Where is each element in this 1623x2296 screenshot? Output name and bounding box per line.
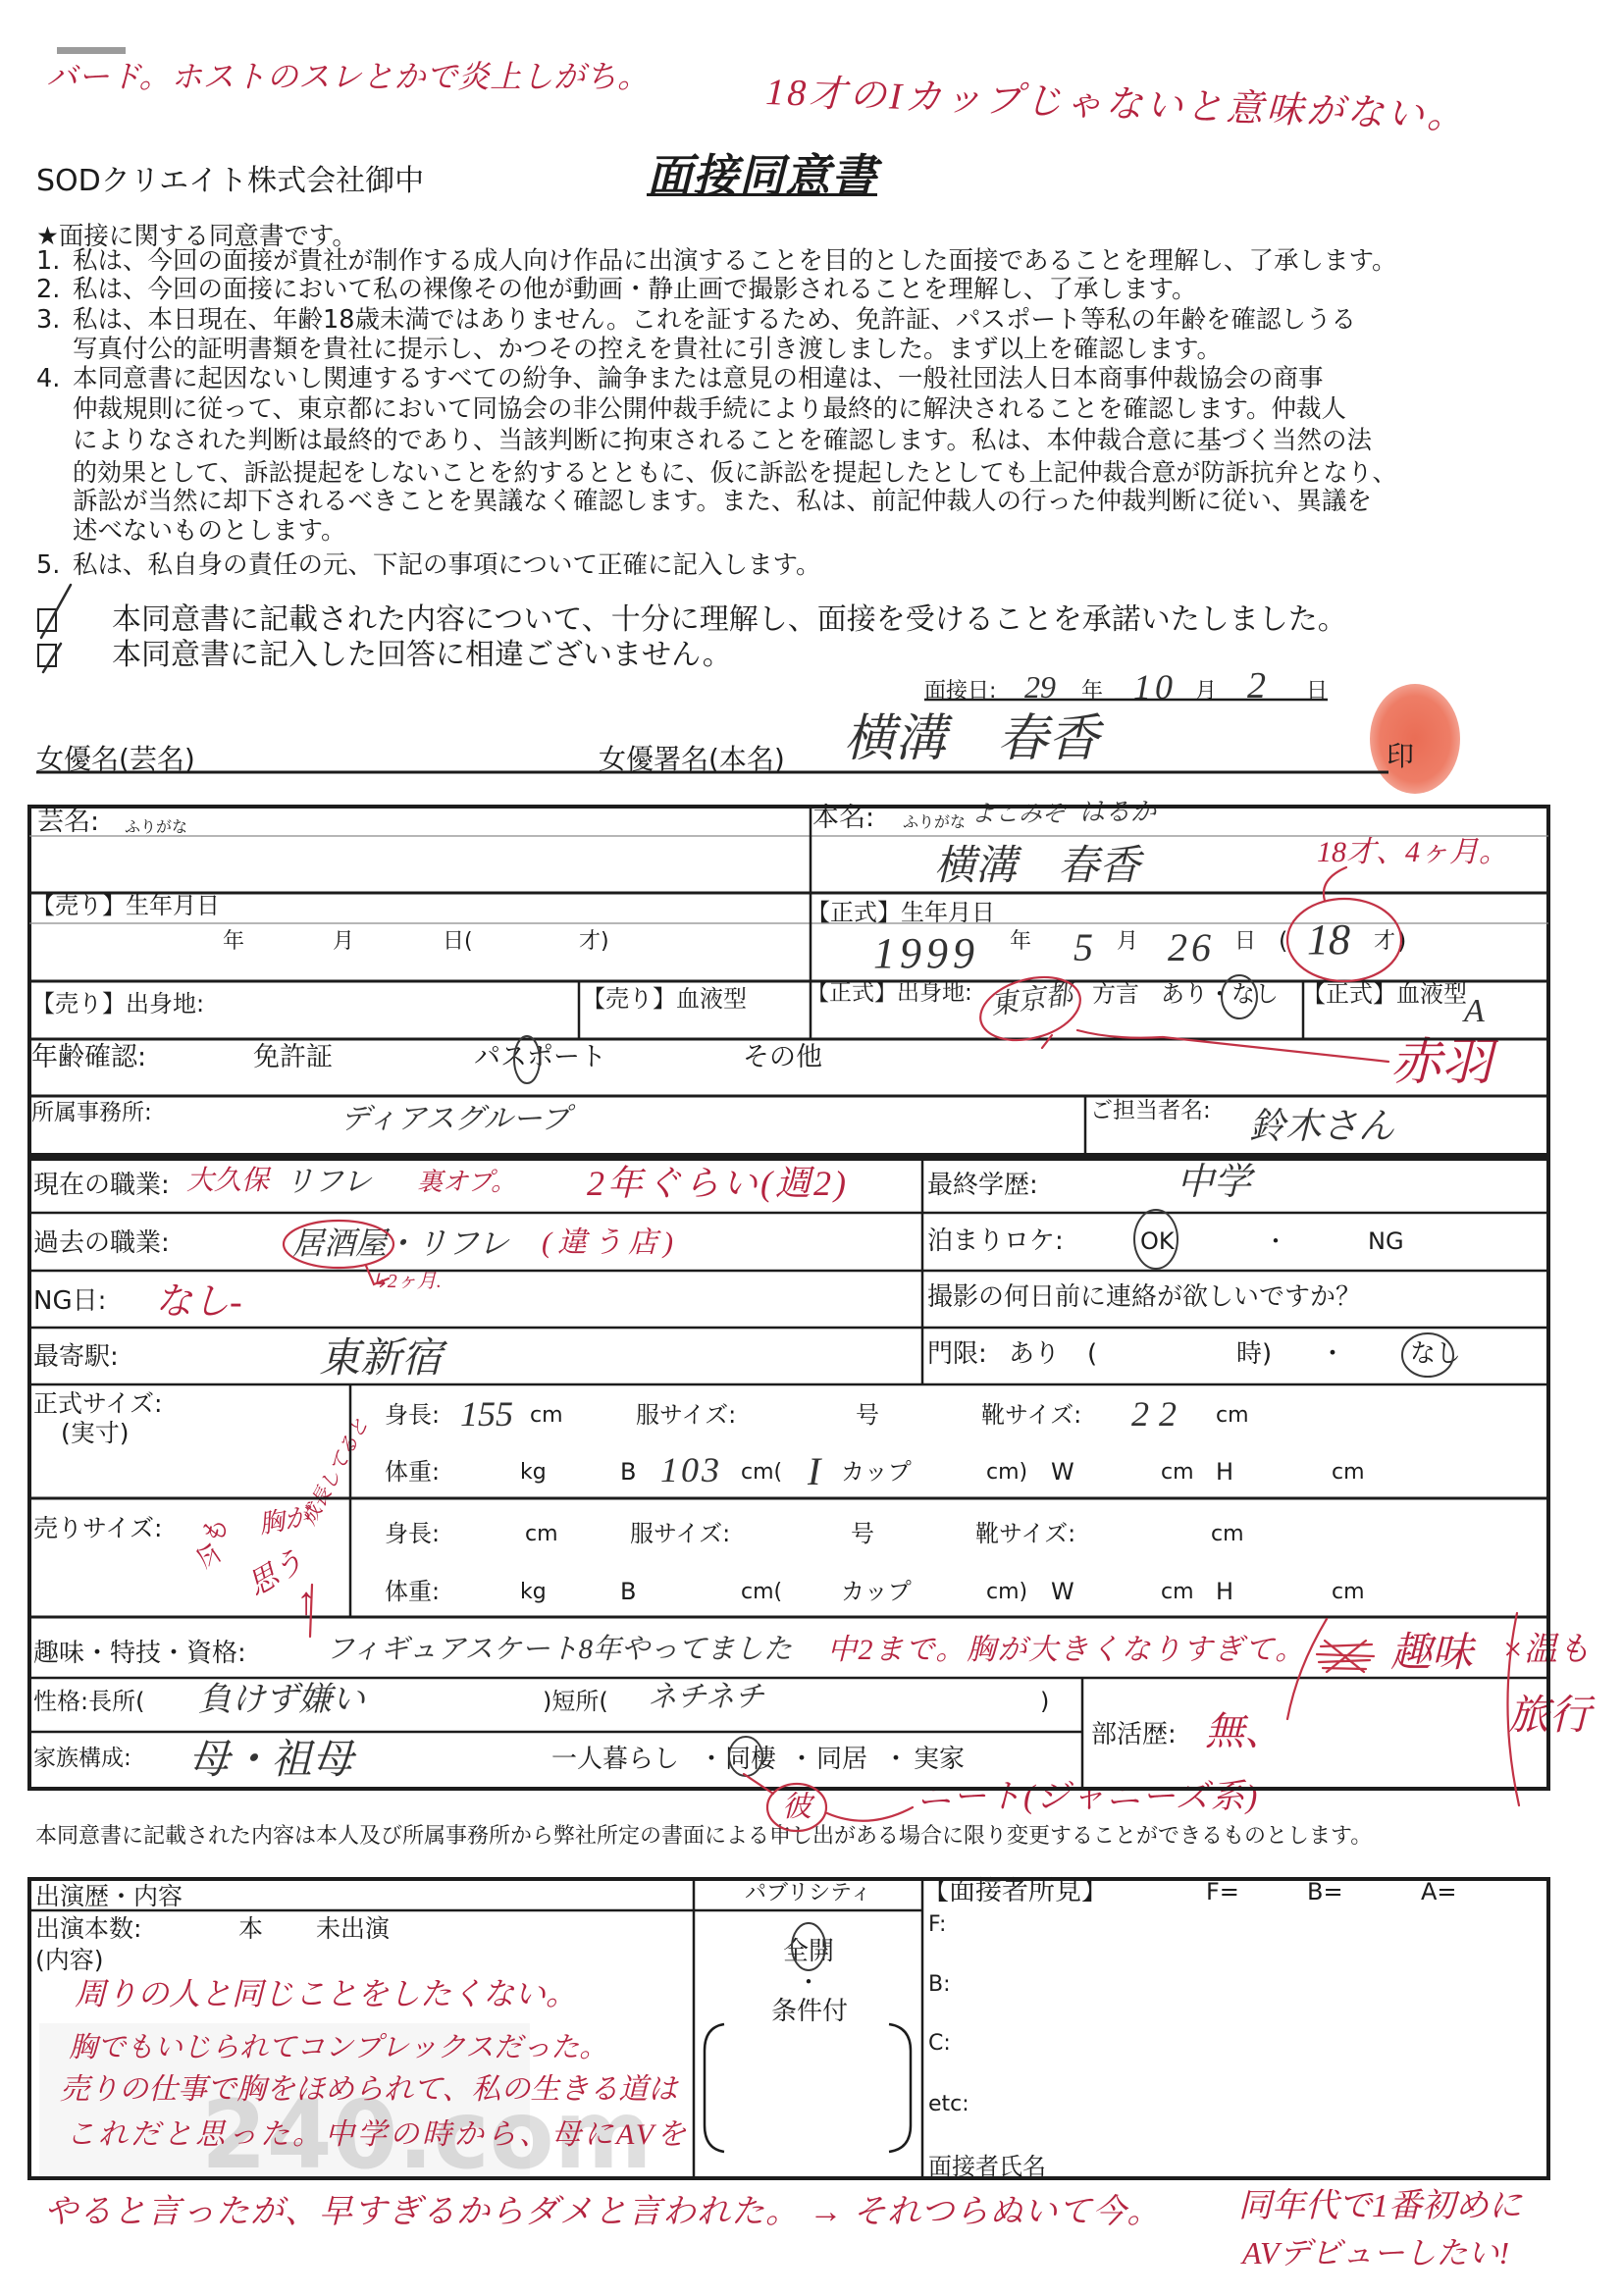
- red-annotations: [284, 867, 1519, 1831]
- details-table-grid: [29, 1159, 1548, 1789]
- profile-table-grid: [29, 807, 1548, 1155]
- interview-consent-form: 240.com バード。ホストのスレとかで炎上しがち。 18才のIカップじゃない…: [0, 0, 1623, 2296]
- form-lines: [0, 0, 1623, 2296]
- underlines: [36, 700, 1388, 772]
- career-table-grid: [29, 1879, 1548, 2178]
- check-marks: [41, 585, 71, 672]
- selection-circles: [514, 975, 1453, 1970]
